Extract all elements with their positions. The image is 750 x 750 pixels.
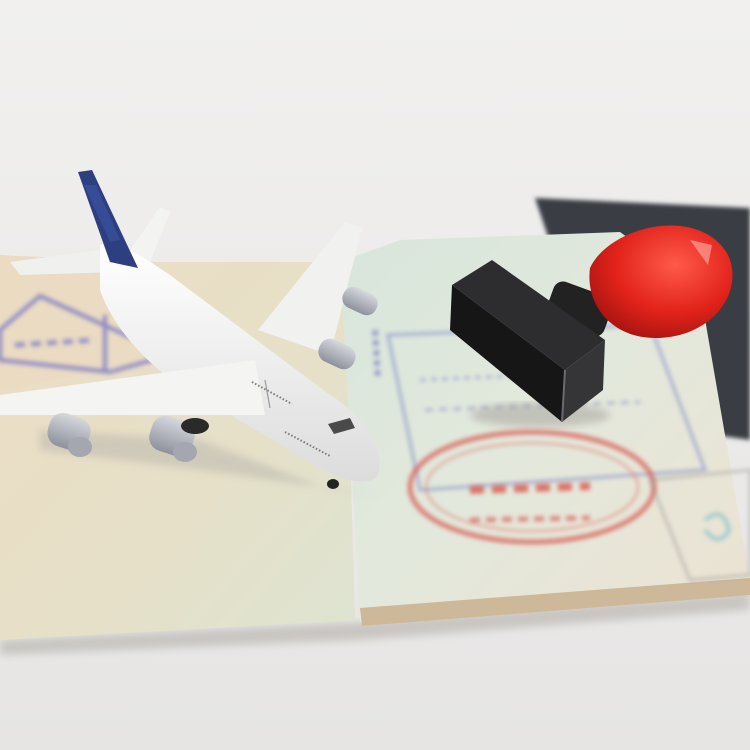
photo — [0, 0, 750, 750]
scene — [0, 0, 750, 750]
nose-gear — [327, 479, 339, 489]
landing-gear — [181, 418, 209, 434]
